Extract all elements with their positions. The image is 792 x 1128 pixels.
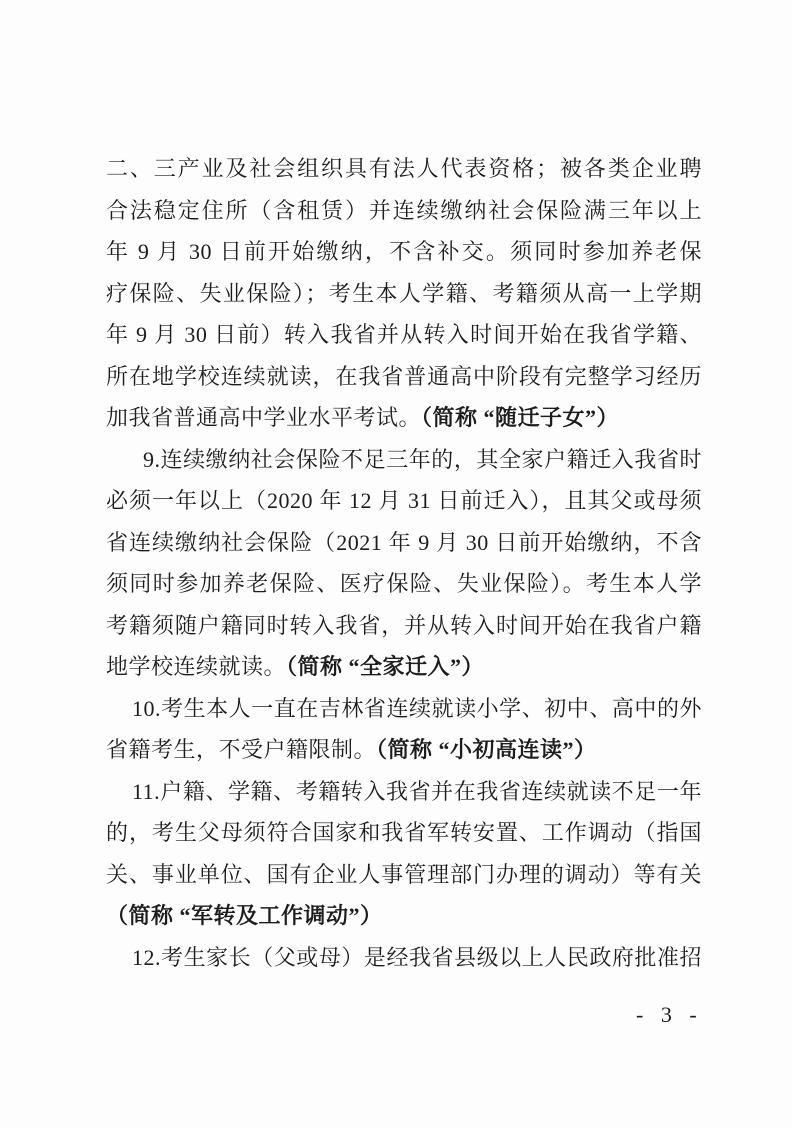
text-line: 关、事业单位、国有企业人事管理部门办理的调动）等有关规定。 (106, 854, 702, 896)
text-line: 10.考生本人一直在吉林省连续就读小学、初中、高中的外 (106, 688, 702, 730)
text-line: 加我省普通高中学业水平考试。（简称 “随迁子女”） (106, 397, 702, 439)
line-text: 合法稳定住所（含租赁）并连续缴纳社会保险满三年以上（2019 (106, 198, 702, 232)
paragraph: 11.户籍、学籍、考籍转入我省并在我省连续就读不足一年的，考生父母须符合国家和我… (106, 771, 702, 937)
line-text: 须同时参加养老保险、医疗保险、失业保险）。考生本人学籍、 (106, 571, 702, 605)
line-text: 的，考生父母须符合国家和我省军转安置、工作调动（指国家机 (106, 820, 702, 854)
text-line: 必须一年以上（2020 年 12 月 31 日前迁入），且其父或母须在我 (106, 480, 702, 522)
text-line: 9.连续缴纳社会保险不足三年的，其全家户籍迁入我省时间 (106, 439, 702, 481)
line-text: 所在地学校连续就读，在我省普通高中阶段有完整学习经历并参 (106, 364, 702, 398)
paragraph: 12.考生家长（父或母）是经我省县级以上人民政府批准招 (106, 937, 702, 979)
line-text: 地学校连续就读。 (106, 654, 286, 679)
page-footer: - 3 - (636, 1001, 703, 1029)
page-number: - 3 - (636, 1002, 703, 1027)
line-text: 9.连续缴纳社会保险不足三年的，其全家户籍迁入我省时间 (143, 447, 702, 481)
line-text: 必须一年以上（2020 年 12 月 31 日前迁入），且其父或母须在我 (106, 488, 702, 522)
line-text: 加我省普通高中学业水平考试。 (106, 405, 421, 430)
text-line: 省连续缴纳社会保险（2021 年 9 月 30 日前开始缴纳，不含补交。 (106, 522, 702, 564)
paragraph: 二、三产业及社会组织具有法人代表资格；被各类企业聘用）、合法稳定住所（含租赁）并… (106, 148, 702, 439)
line-text: 省籍考生，不受户籍限制。 (106, 737, 376, 762)
text-line: 所在地学校连续就读，在我省普通高中阶段有完整学习经历并参 (106, 356, 702, 398)
text-line: 省籍考生，不受户籍限制。（简称 “小初高连读”） (106, 729, 702, 771)
text-line: 二、三产业及社会组织具有法人代表资格；被各类企业聘用）、 (106, 148, 702, 190)
text-line: 11.户籍、学籍、考籍转入我省并在我省连续就读不足一年 (106, 771, 702, 813)
line-text: 考籍须随户籍同时转入我省，并从转入时间开始在我省户籍所在 (106, 613, 702, 647)
bold-abbreviation: （简称 “全家迁入”） (286, 654, 484, 679)
text-line: 的，考生父母须符合国家和我省军转安置、工作调动（指国家机 (106, 812, 702, 854)
text-line: 地学校连续就读。（简称 “全家迁入”） (106, 646, 702, 688)
text-line: 考籍须随户籍同时转入我省，并从转入时间开始在我省户籍所在 (106, 605, 702, 647)
text-block: 二、三产业及社会组织具有法人代表资格；被各类企业聘用）、合法稳定住所（含租赁）并… (106, 148, 702, 978)
bold-abbreviation: （简称 “随迁子女”） (421, 405, 619, 430)
line-text: 年 9 月 30 日前开始缴纳，不含补交。须同时参加养老保险、医 (106, 239, 702, 273)
text-line: 合法稳定住所（含租赁）并连续缴纳社会保险满三年以上（2019 (106, 190, 702, 232)
text-line: 须同时参加养老保险、医疗保险、失业保险）。考生本人学籍、 (106, 563, 702, 605)
paragraph: 9.连续缴纳社会保险不足三年的，其全家户籍迁入我省时间必须一年以上（2020 年… (106, 439, 702, 688)
bold-abbreviation: （简称 “军转及工作调动”） (106, 903, 383, 928)
line-text: 年 9 月 30 日前）转入我省并从转入时间开始在我省学籍、考籍 (106, 322, 702, 356)
document-page: 二、三产业及社会组织具有法人代表资格；被各类企业聘用）、合法稳定住所（含租赁）并… (0, 0, 792, 1128)
line-text: 省连续缴纳社会保险（2021 年 9 月 30 日前开始缴纳，不含补交。 (106, 530, 702, 564)
line-text: 12.考生家长（父或母）是经我省县级以上人民政府批准招 (132, 945, 702, 970)
paragraph: 10.考生本人一直在吉林省连续就读小学、初中、高中的外省籍考生，不受户籍限制。（… (106, 688, 702, 771)
bold-abbreviation: （简称 “小初高连读”） (376, 737, 597, 762)
text-line: 疗保险、失业保险）；考生本人学籍、考籍须从高一上学期（2019 (106, 273, 702, 315)
line-text: 10.考生本人一直在吉林省连续就读小学、初中、高中的外 (132, 696, 702, 721)
line-text: 关、事业单位、国有企业人事管理部门办理的调动）等有关规定。 (106, 862, 702, 896)
text-line: 年 9 月 30 日前）转入我省并从转入时间开始在我省学籍、考籍 (106, 314, 702, 356)
text-line: （简称 “军转及工作调动”） (106, 895, 702, 937)
line-text: 11.户籍、学籍、考籍转入我省并在我省连续就读不足一年 (132, 779, 702, 804)
line-text: 疗保险、失业保险）；考生本人学籍、考籍须从高一上学期（2019 (106, 281, 702, 315)
text-line: 年 9 月 30 日前开始缴纳，不含补交。须同时参加养老保险、医 (106, 231, 702, 273)
line-text: 二、三产业及社会组织具有法人代表资格；被各类企业聘用）、 (106, 156, 702, 190)
text-line: 12.考生家长（父或母）是经我省县级以上人民政府批准招 (106, 937, 702, 979)
